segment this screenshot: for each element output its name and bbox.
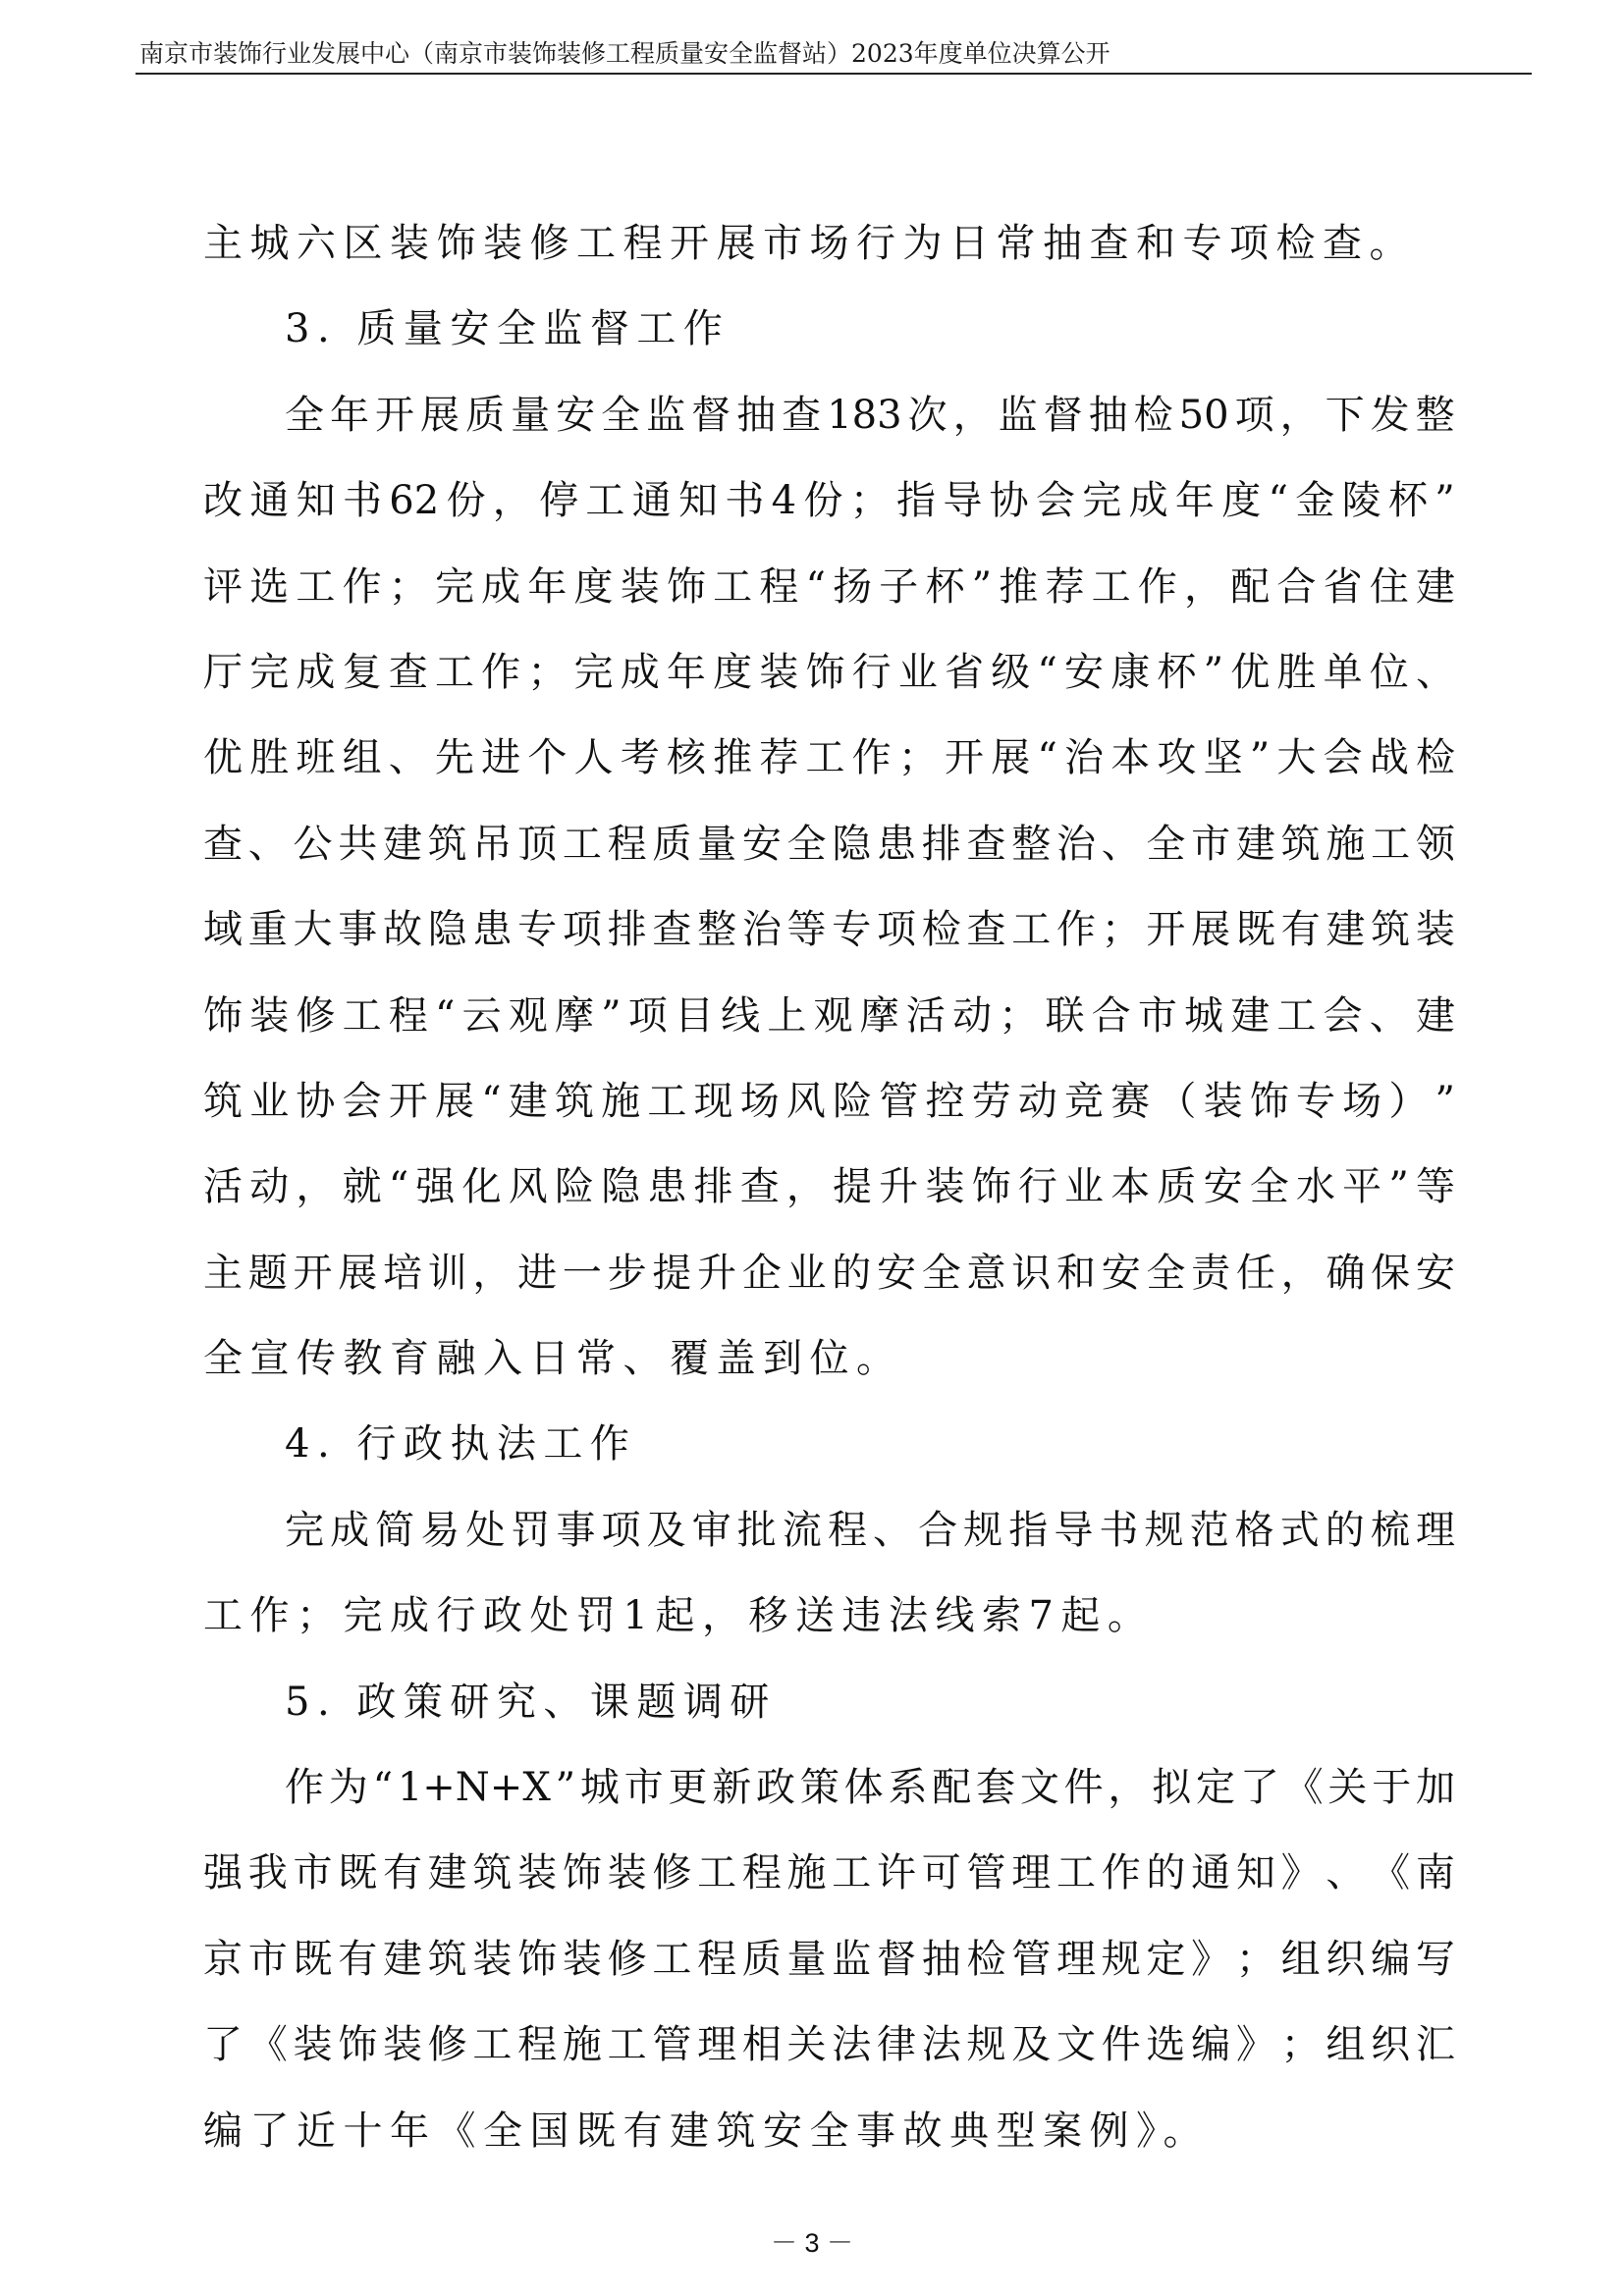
text-line: 作为“1+N+X”城市更新政策体系配套文件，拟定了《关于加 — [203, 1745, 1455, 1831]
page-number: － 3 － — [0, 2226, 1624, 2260]
header-title: 南京市装饰行业发展中心（南京市装饰装修工程质量安全监督站）2023年度单位决算公… — [139, 39, 1110, 69]
text-line: 厅完成复查工作；完成年度装饰行业省级“安康杯”优胜单位、 — [203, 630, 1455, 716]
text-line: 查、公共建筑吊顶工程质量安全隐患排查整治、全市建筑施工领 — [203, 802, 1455, 887]
text-line: 5. 政策研究、课题调研 — [203, 1660, 1455, 1745]
header-divider — [135, 73, 1532, 75]
document-body: 主城六区装饰装修工程开展市场行为日常抽查和专项检查。3. 质量安全监督工作全年开… — [203, 201, 1455, 2174]
text-line: 饰装修工程“云观摩”项目线上观摩活动；联合市城建工会、建 — [203, 974, 1455, 1059]
text-line: 强我市既有建筑装饰装修工程施工许可管理工作的通知》、《南 — [203, 1831, 1455, 1916]
text-line: 活动，就“强化风险隐患排查，提升装饰行业本质安全水平”等 — [203, 1145, 1455, 1230]
text-line: 全宣传教育融入日常、覆盖到位。 — [203, 1316, 1455, 1402]
text-line: 完成简易处罚事项及审批流程、合规指导书规范格式的梳理 — [203, 1488, 1455, 1574]
text-line: 主城六区装饰装修工程开展市场行为日常抽查和专项检查。 — [203, 201, 1455, 287]
text-line: 编了近十年《全国既有建筑安全事故典型案例》。 — [203, 2089, 1455, 2174]
text-line: 优胜班组、先进个人考核推荐工作；开展“治本攻坚”大会战检 — [203, 716, 1455, 801]
text-line: 3. 质量安全监督工作 — [203, 287, 1455, 372]
text-line: 域重大事故隐患专项排查整治等专项检查工作；开展既有建筑装 — [203, 887, 1455, 973]
text-line: 全年开展质量安全监督抽查183次，监督抽检50项，下发整 — [203, 373, 1455, 458]
text-line: 工作；完成行政处罚1起，移送违法线索7起。 — [203, 1574, 1455, 1659]
text-line: 京市既有建筑装饰装修工程质量监督抽检管理规定》；组织编写 — [203, 1917, 1455, 2002]
page-header: 南京市装饰行业发展中心（南京市装饰装修工程质量安全监督站）2023年度单位决算公… — [135, 35, 1532, 75]
text-line: 了《装饰装修工程施工管理相关法律法规及文件选编》；组织汇 — [203, 2002, 1455, 2088]
text-line: 主题开展培训，进一步提升企业的安全意识和安全责任，确保安 — [203, 1231, 1455, 1316]
text-line: 评选工作；完成年度装饰工程“扬子杯”推荐工作，配合省住建 — [203, 545, 1455, 630]
text-line: 4. 行政执法工作 — [203, 1402, 1455, 1487]
text-line: 筑业协会开展“建筑施工现场风险管控劳动竞赛（装饰专场）” — [203, 1059, 1455, 1145]
text-line: 改通知书62份，停工通知书4份；指导协会完成年度“金陵杯” — [203, 458, 1455, 544]
